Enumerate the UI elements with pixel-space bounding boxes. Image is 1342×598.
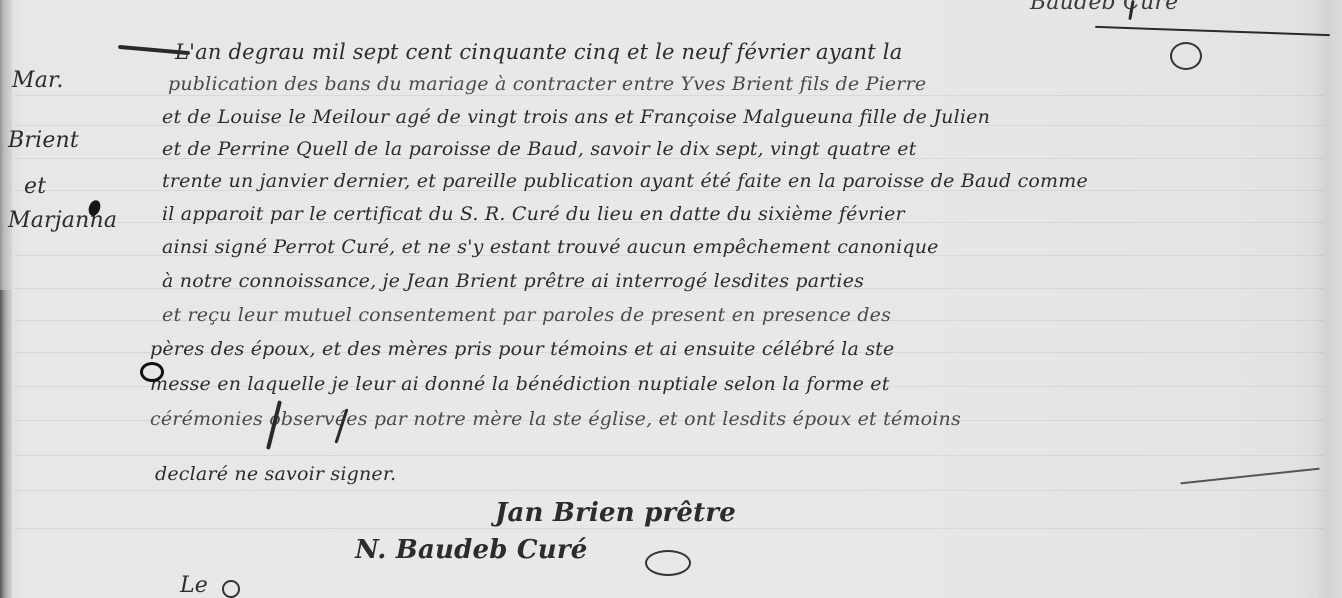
margin-note-line: Marjanna xyxy=(8,210,117,232)
signature-flourish xyxy=(645,550,691,576)
ruling-line xyxy=(14,490,1324,491)
entry-line: ainsi signé Perrot Curé, et ne s'y estan… xyxy=(162,238,939,257)
ruling-line xyxy=(14,455,1324,456)
entry-line: trente un janvier dernier, et pareille p… xyxy=(162,172,1088,191)
entry-line: pères des époux, et des mères pris pour … xyxy=(150,340,894,359)
entry-line: publication des bans du mariage à contra… xyxy=(168,75,926,94)
previous-entry-fragment: Baudeb Curé xyxy=(1030,0,1178,15)
entry-line: et reçu leur mutuel consentement par par… xyxy=(162,306,891,325)
entry-line: et de Perrine Quell de la paroisse de Ba… xyxy=(162,140,917,159)
next-entry-fragment: Le xyxy=(180,575,208,597)
entry-line: declaré ne savoir signer. xyxy=(155,465,396,484)
ruling-line xyxy=(14,528,1324,529)
entry-line: il apparoit par le certificat du S. R. C… xyxy=(162,205,905,224)
flourish-line xyxy=(1095,26,1330,36)
page-binding-shadow-lower xyxy=(0,290,12,598)
entry-line: et de Louise le Meilour agé de vingt tro… xyxy=(162,108,990,127)
margin-note-line: Brient xyxy=(8,130,79,152)
margin-note-line: Mar. xyxy=(12,70,64,92)
entry-line: messe en laquelle je leur ai donné la bé… xyxy=(150,375,890,394)
ink-mark xyxy=(140,362,164,382)
flourish-loop xyxy=(1170,42,1202,70)
signature-rector: N. Baudeb Curé xyxy=(355,535,588,565)
entry-line: à notre connoissance, je Jean Brient prê… xyxy=(162,272,864,291)
flourish-line xyxy=(1180,468,1319,485)
entry-line: L'an degrau mil sept cent cinquante cinq… xyxy=(175,42,902,63)
signature-priest: Jan Brien prêtre xyxy=(495,498,736,528)
register-page: Baudeb Curé Mar. Brient et Marjanna L'an… xyxy=(0,0,1342,598)
page-right-edge xyxy=(1316,0,1342,598)
margin-note-line: et xyxy=(24,176,46,198)
ruling-line xyxy=(14,95,1324,96)
ink-mark xyxy=(222,580,240,598)
